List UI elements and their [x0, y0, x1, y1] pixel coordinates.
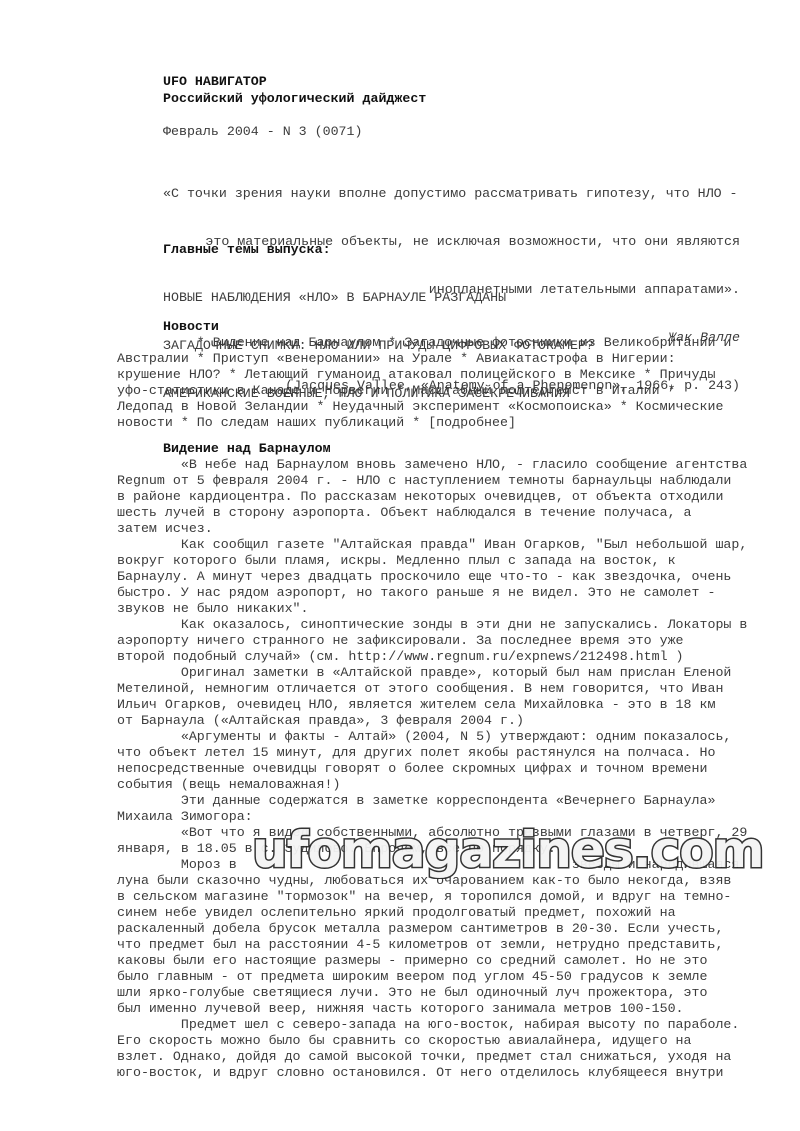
article-line: что предмет был на расстоянии 4-5 киломе… — [117, 937, 747, 953]
article-line: Метелиной, немногим отличается от этого … — [117, 681, 747, 697]
article-line: юго-восток, и вдруг словно остановился. … — [117, 1065, 747, 1081]
news-line: * Видение над Барнаулом * Загадочные фот… — [117, 335, 731, 351]
news-list: * Видение над Барнаулом * Загадочные фот… — [117, 335, 731, 431]
article-line: было главным - от предмета широким вееро… — [117, 969, 747, 985]
document-page: UFO НАВИГАТОР Российский уфологический д… — [0, 0, 800, 1131]
issue-info: Февраль 2004 - N 3 (0071) — [163, 124, 363, 140]
article-line: Его скорость можно было бы сравнить со с… — [117, 1033, 747, 1049]
article-line: «Аргументы и факты - Алтай» (2004, N 5) … — [117, 729, 747, 745]
news-line: Австралии * Приступ «венеромании» на Ура… — [117, 351, 731, 367]
digest-subtitle: Российский уфологический дайджест — [163, 91, 426, 107]
article-line: быстро. У нас рядом аэропорт, но такого … — [117, 585, 747, 601]
article-line: «В небе над Барнаулом вновь замечено НЛО… — [117, 457, 747, 473]
digest-title: UFO НАВИГАТОР — [163, 74, 267, 90]
watermark: ufomagazines.com — [252, 822, 764, 878]
news-heading: Новости — [163, 319, 219, 335]
article-line: от Барнаула («Алтайская правда», 3 февра… — [117, 713, 747, 729]
news-line: новости * По следам наших публикаций * [… — [117, 415, 731, 431]
article-line: каковы были его настоящие размеры - прим… — [117, 953, 747, 969]
epigraph-line: «С точки зрения науки вполне допустимо р… — [163, 186, 740, 202]
article-line: звуков не было никаких". — [117, 601, 747, 617]
article-line: Предмет шел с северо-запада на юго-восто… — [117, 1017, 747, 1033]
article-line: синем небе увидел ослепительно яркий про… — [117, 905, 747, 921]
article-line: второй подобный случай» (см. http://www.… — [117, 649, 747, 665]
article-line: Оригинал заметки в «Алтайской правде», к… — [117, 665, 747, 681]
news-line: Ледопад в Новой Зеландии * Неудачный экс… — [117, 399, 731, 415]
article-line: шли ярко-голубые светящиеся лучи. Это не… — [117, 985, 747, 1001]
article-line: что объект летел 15 минут, для других по… — [117, 745, 747, 761]
article-line: Regnum от 5 февраля 2004 г. - НЛО с наст… — [117, 473, 747, 489]
article-line: в районе кардиоцентра. По рассказам неко… — [117, 489, 747, 505]
article-line: в сельском магазине "тормозок" на вечер,… — [117, 889, 747, 905]
article-line: был именно лучевой веер, нижняя часть ко… — [117, 1001, 747, 1017]
article-heading: Видение над Барнаулом — [163, 441, 331, 457]
article-line: раскаленный добела брусок металла размер… — [117, 921, 747, 937]
news-line: уфо-статистики в Канаде и Норвегии * Мас… — [117, 383, 731, 399]
news-line: крушение НЛО? * Летающий гуманоид атаков… — [117, 367, 731, 383]
article-body: «В небе над Барнаулом вновь замечено НЛО… — [117, 457, 747, 1081]
article-line: непосредственные очевидцы говорят о боле… — [117, 761, 747, 777]
article-line: вокруг которого были пламя, искры. Медле… — [117, 553, 747, 569]
article-line: аэропорту ничего странного не зафиксиров… — [117, 633, 747, 649]
article-line: Как сообщил газете "Алтайская правда" Ив… — [117, 537, 747, 553]
article-line: шесть лучей в сторону аэропорта. Объект … — [117, 505, 747, 521]
main-topics-heading: Главные темы выпуска: — [163, 242, 331, 258]
article-line: взлет. Однако, дойдя до самой высокой то… — [117, 1049, 747, 1065]
article-line: Ильич Огарков, очевидец НЛО, является жи… — [117, 697, 747, 713]
article-line: события (вещь немаловажная!) — [117, 777, 747, 793]
article-line: Как оказалось, синоптические зонды в эти… — [117, 617, 747, 633]
article-line: Эти данные содержатся в заметке корреспо… — [117, 793, 747, 809]
topic-item[interactable]: НОВЫЕ НАБЛЮДЕНИЯ «НЛО» В БАРНАУЛЕ РАЗГАД… — [163, 290, 594, 306]
article-line: Барнаулу. А минут через двадцать проскоч… — [117, 569, 747, 585]
article-line: затем исчез. — [117, 521, 747, 537]
